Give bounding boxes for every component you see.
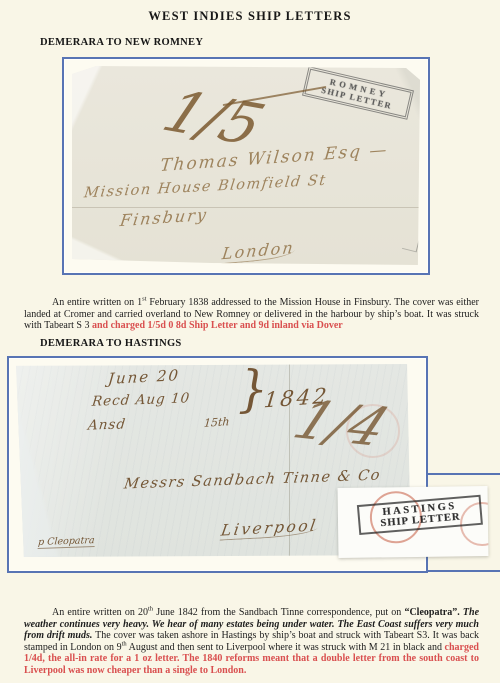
docket-date-line: June 20	[107, 366, 181, 388]
ship-name-bold: “Cleopatra”.	[404, 607, 459, 618]
docket-answered-line: Ansd	[87, 416, 127, 433]
hastings-handstamp-clipping: HASTINGS SHIP LETTER	[338, 486, 489, 558]
exhibit-page: WEST INDIES SHIP LETTERS DEMERARA TO NEW…	[0, 0, 500, 683]
page-title: WEST INDIES SHIP LETTERS	[0, 9, 500, 24]
pencil-notation	[402, 223, 423, 253]
docket-received-line: Recd Aug 10	[91, 390, 191, 409]
caption-text: August and then sent to Liverpool where …	[127, 642, 445, 653]
manuscript-rate-marking: 1/5	[153, 78, 273, 158]
section-heading-new-romney: DEMERARA TO NEW ROMNEY	[40, 37, 203, 48]
caption-text: June 1842 from the Sandbach Tinne corres…	[153, 607, 404, 618]
paper-crease	[72, 207, 420, 208]
caption-text: An entire written on 1	[52, 297, 142, 308]
address-line: Liverpool	[220, 516, 320, 540]
caption-hastings: An entire written on 20th June 1842 from…	[24, 607, 479, 677]
section-heading-hastings: DEMERARA TO HASTINGS	[40, 338, 182, 349]
ship-name-notation: p Cleopatra	[38, 535, 95, 549]
cover-frame-new-romney: ROMNEY SHIP LETTER 1/5 Thomas Wilson Esq…	[62, 57, 430, 275]
address-line: Finsbury	[119, 205, 209, 230]
romney-ship-letter-handstamp: ROMNEY SHIP LETTER	[302, 66, 414, 120]
docket-answered-date: 15th	[204, 415, 230, 430]
caption-new-romney: An entire written on 1st February 1838 a…	[24, 297, 479, 332]
caption-rate-note: and charged 1/5d 0 8d Ship Letter and 9d…	[92, 320, 343, 331]
caption-text: An entire written on 20	[52, 607, 148, 618]
address-line: London	[221, 238, 296, 265]
address-line: Mission House Blomfield St	[83, 173, 327, 202]
cover-new-romney: ROMNEY SHIP LETTER 1/5 Thomas Wilson Esq…	[72, 66, 420, 265]
